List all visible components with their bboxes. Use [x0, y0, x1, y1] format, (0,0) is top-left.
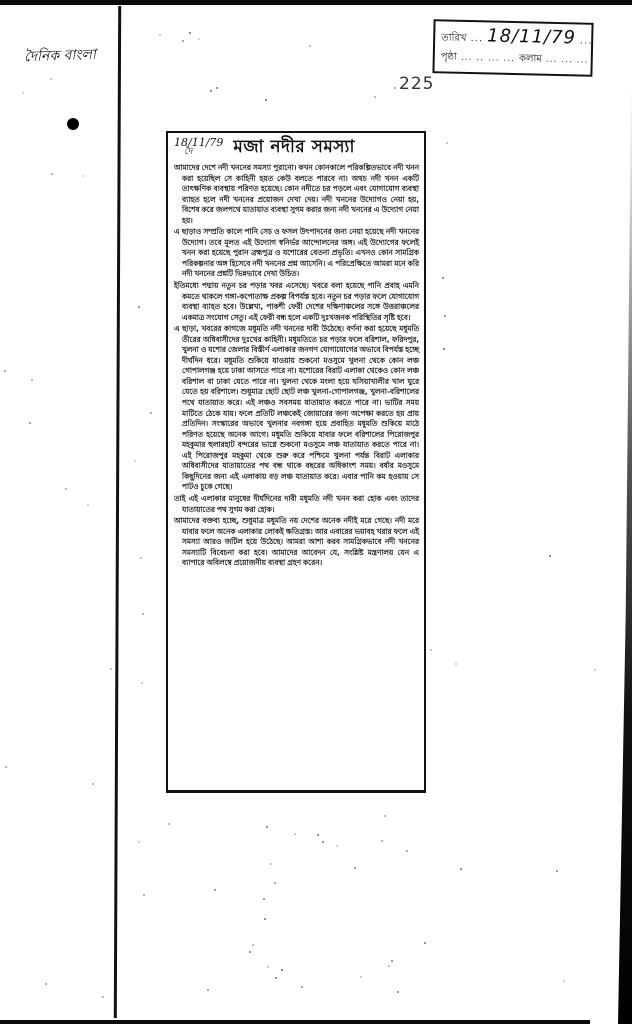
archive-stamp: তারিখ ... 18/11/79 ... পৃষ্ঠা ... .. ...…	[432, 19, 593, 77]
scan-speck	[430, 649, 432, 651]
scan-speck	[274, 882, 276, 884]
scan-speck	[549, 555, 551, 557]
scan-speck	[267, 966, 269, 968]
scan-speck	[134, 460, 136, 462]
scan-speck	[336, 845, 338, 847]
scan-speck	[309, 45, 311, 47]
scan-speck	[556, 870, 558, 872]
scan-speck	[563, 980, 565, 982]
scan-speck	[249, 951, 251, 953]
scan-speck	[110, 668, 112, 670]
handwritten-date-sub: দৈ	[184, 148, 223, 157]
scan-speck	[143, 894, 145, 896]
article-paragraph: তাই এই এলাকার মানুষের দীর্ঘদিনের দাবী মধ…	[174, 494, 419, 515]
scan-speck	[140, 557, 142, 559]
scan-speck	[270, 863, 272, 865]
scan-speck	[424, 942, 426, 944]
scan-speck	[264, 918, 266, 920]
newspaper-name-handwritten: দৈনিক বাংলা	[24, 43, 97, 69]
scan-speck	[263, 898, 265, 900]
article-paragraph: এ ছাড়া, খবরের কাগজে মধুমতি নদী খননের দা…	[174, 324, 419, 493]
scan-speck	[384, 815, 386, 817]
stamp-date-row: তারিখ ... 18/11/79 ...	[441, 24, 585, 50]
scan-speck	[394, 87, 396, 89]
scan-speck	[216, 87, 218, 89]
scan-speck	[182, 40, 184, 42]
handwritten-date: 18/11/79 দৈ	[174, 137, 223, 157]
margin-rule-line	[114, 6, 121, 1018]
scan-speck	[92, 783, 94, 785]
stamp-page-label: পৃষ্ঠা	[441, 49, 458, 66]
article-paragraph: এ ছাড়াও সম্প্রতি কালে পানি সেচ ও ফসল উৎ…	[174, 227, 419, 280]
scan-speck	[198, 38, 200, 40]
scan-speck	[388, 965, 390, 967]
scan-speck	[252, 944, 254, 946]
stamp-dots: ...	[580, 36, 593, 47]
article-paragraph: আমাদের দেশে নদী খননের সমস্যা পুরানো। কখন…	[174, 163, 419, 226]
scan-speck	[397, 991, 399, 993]
scan-speck	[275, 977, 277, 979]
headline: মজা নদীর সমস্যা	[233, 137, 354, 157]
stamp-date-value: 18/11/79	[487, 25, 576, 48]
scan-bottom-border	[0, 1020, 590, 1024]
scan-speck	[446, 142, 448, 144]
scan-speck	[444, 315, 446, 317]
scan-speck	[50, 78, 52, 80]
scan-speck	[265, 99, 267, 101]
scan-speck	[354, 867, 356, 869]
stamp-page-row: পৃষ্ঠা ... .. ... ... কলাম ... ... ...	[441, 49, 585, 69]
article-paragraph: ইতিমধ্যে পদ্মায় নতুন চর পড়ার খবর এসেছে…	[174, 281, 419, 323]
scan-speck	[138, 841, 140, 843]
scan-speck	[5, 766, 7, 768]
scan-speck	[4, 370, 6, 372]
scan-speck	[29, 422, 31, 424]
scan-speck	[138, 306, 140, 308]
scan-speck	[150, 412, 152, 414]
scan-speck	[168, 823, 170, 825]
scan-speck	[65, 488, 67, 490]
scan-speck	[374, 96, 376, 98]
scan-speck	[317, 834, 319, 836]
scan-speck	[102, 996, 104, 998]
scan-speck	[360, 976, 362, 978]
article-paragraph: আমাদের বক্তব্য হচ্ছে, শুধুমাত্র মধুমতি ন…	[174, 516, 419, 569]
stamp-date-label: তারিখ	[441, 30, 467, 48]
scan-speck	[406, 850, 408, 852]
article-body: আমাদের দেশে নদী খননের সমস্যা পুরানো। কখন…	[174, 163, 419, 569]
scan-speck	[266, 826, 268, 828]
clipping-header: 18/11/79 দৈ মজা নদীর সমস্যা	[174, 135, 419, 157]
scan-speck	[594, 669, 596, 671]
scan-speck	[210, 90, 212, 92]
scan-speck	[141, 682, 143, 684]
scan-speck	[207, 989, 209, 991]
scan-speck	[455, 663, 457, 665]
scan-speck	[87, 504, 89, 506]
scan-speck	[443, 348, 445, 350]
newspaper-clipping: 18/11/79 দৈ মজা নদীর সমস্যা আমাদের দেশে …	[166, 131, 426, 793]
scan-speck	[22, 92, 24, 94]
scan-speck	[281, 969, 283, 971]
scan-speck	[301, 986, 303, 988]
scan-speck	[214, 889, 216, 891]
scan-speck	[45, 983, 47, 985]
scan-speck	[294, 833, 296, 835]
scan-speck	[391, 960, 393, 962]
scan-speck	[82, 175, 84, 177]
archive-page-number: 225	[399, 74, 434, 94]
handwritten-date-value: 18/11/79	[174, 136, 223, 149]
stamp-dots: ... .. ... ...	[461, 53, 515, 64]
stamp-dots: ...	[470, 33, 483, 44]
scan-speck	[142, 613, 144, 615]
scan-speck	[159, 34, 161, 36]
scan-top-border	[0, 0, 632, 5]
stamp-column-label: কলাম	[519, 51, 542, 69]
scan-speck	[381, 840, 383, 842]
stamp-dots: ... ... ...	[546, 55, 589, 66]
scan-speck	[51, 173, 53, 175]
scan-speck	[31, 379, 33, 381]
scan-speck	[460, 868, 462, 870]
scan-speck	[189, 32, 191, 34]
scan-speck	[442, 277, 444, 279]
punch-hole-icon	[67, 118, 79, 130]
scan-speck	[322, 841, 324, 843]
scan-right-edge-shadow	[618, 0, 632, 1024]
